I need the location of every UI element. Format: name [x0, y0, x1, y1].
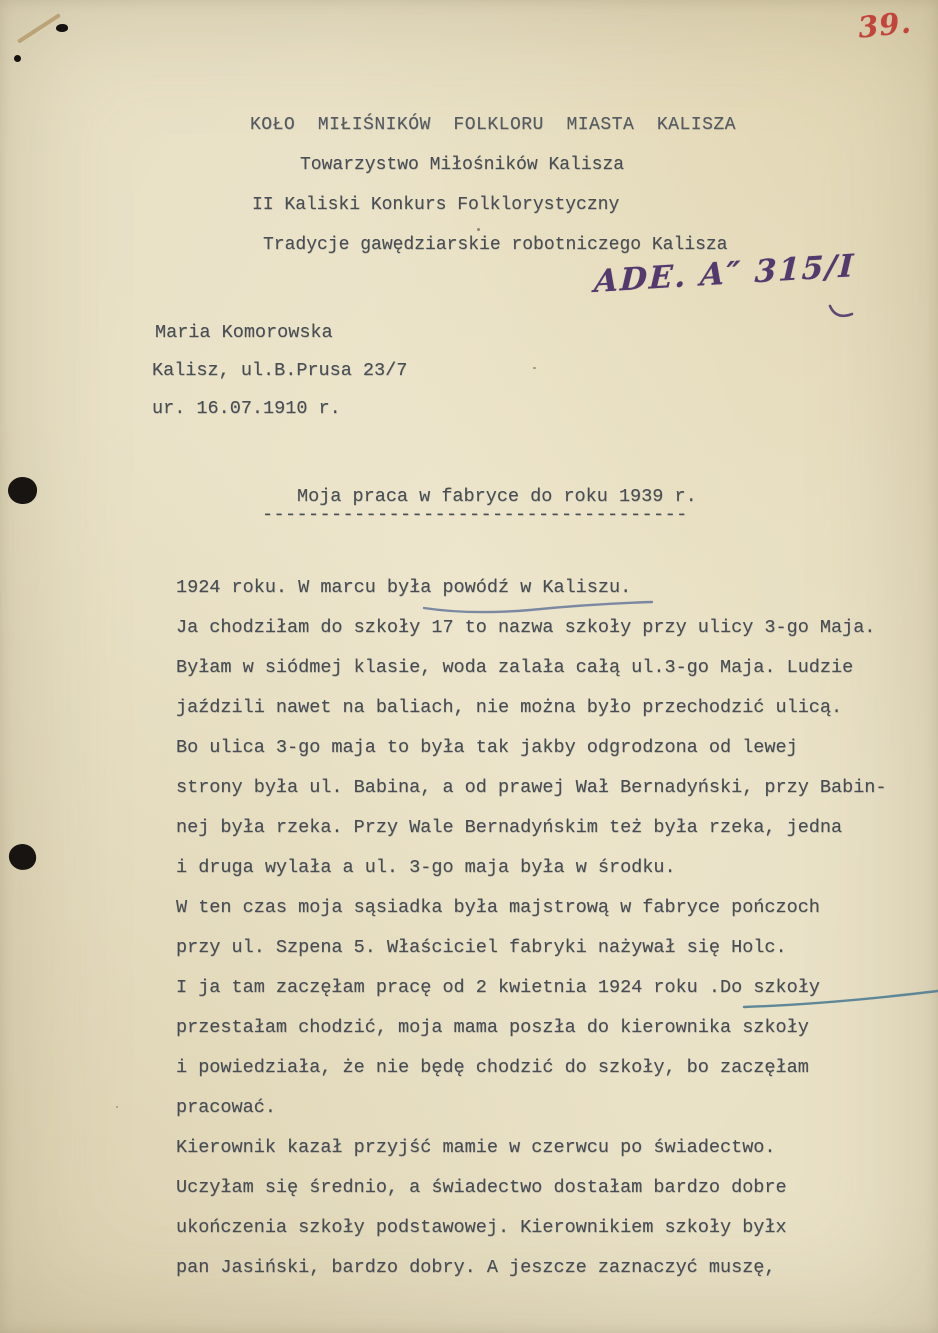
title-dashed-underline: ------------------------------------- — [262, 504, 688, 525]
header-line-society: Towarzystwo Miłośników Kalisza — [300, 152, 624, 178]
body-text: 1924 roku. W marcu była powódź w Kaliszu… — [176, 568, 938, 1288]
hole-punch-bottom — [7, 842, 38, 872]
body-line-3: Byłam w siódmej klasie, woda zalała całą… — [176, 648, 938, 688]
handwritten-page-number: 39. — [856, 5, 913, 44]
pencil-mark — [14, 22, 70, 64]
body-line-18: pan Jasiński, bardzo dobry. A jeszcze za… — [176, 1248, 938, 1288]
author-address: Kalisz, ul.B.Prusa 23/7 — [152, 360, 407, 381]
hole-punch-top — [6, 475, 38, 506]
header-line-organization: KOŁO MIŁIŚNIKÓW FOLKLORU MIASTA KALISZA — [250, 112, 736, 138]
body-line-9: W ten czas moja sąsiadka była majstrową … — [176, 888, 938, 928]
paper-speck — [477, 228, 480, 231]
ink-blot — [56, 24, 68, 32]
author-name: Maria Komorowska — [155, 322, 333, 343]
ink-dot — [14, 55, 21, 62]
body-line-8: i druga wylała a ul. 3-go maja była w śr… — [176, 848, 938, 888]
body-line-10: przy ul. Szpena 5. Właściciel fabryki na… — [176, 928, 938, 968]
header-line-contest: II Kaliski Konkurs Folklorystyczny — [252, 192, 619, 218]
header-line-subtitle: Tradycje gawędziarskie robotniczego Kali… — [263, 232, 727, 258]
paper-speck — [116, 1106, 118, 1108]
body-line-16: Uczyłam się średnio, a świadectwo dostał… — [176, 1168, 938, 1208]
body-line-17: ukończenia szkoły podstawowej. Kierownik… — [176, 1208, 938, 1248]
body-line-2: Ja chodziłam do szkoły 17 to nazwa szkoł… — [176, 608, 938, 648]
body-line-6: strony była ul. Babina, a od prawej Wał … — [176, 768, 938, 808]
body-line-7: nej była rzeka. Przy Wale Bernadyńskim t… — [176, 808, 938, 848]
author-birthdate: ur. 16.07.1910 r. — [152, 398, 341, 419]
scanned-typewritten-page: 39. KOŁO MIŁIŚNIKÓW FOLKLORU MIASTA KALI… — [0, 0, 938, 1333]
body-line-13: i powiedziała, że nie będę chodzić do sz… — [176, 1048, 938, 1088]
archive-reference-flourish — [830, 306, 852, 316]
body-line-1: 1924 roku. W marcu była powódź w Kaliszu… — [176, 568, 938, 608]
body-line-14: pracować. — [176, 1088, 938, 1128]
body-line-12: przestałam chodzić, moja mama poszła do … — [176, 1008, 938, 1048]
body-line-11: I ja tam zaczęłam pracę od 2 kwietnia 19… — [176, 968, 938, 1008]
pencil-stroke — [17, 13, 61, 44]
body-line-15: Kierownik kazał przyjść mamie w czerwcu … — [176, 1128, 938, 1168]
body-line-4: jaździli nawet na baliach, nie można był… — [176, 688, 938, 728]
paper-speck — [533, 367, 536, 369]
body-line-5: Bo ulica 3-go maja to była tak jakby odg… — [176, 728, 938, 768]
